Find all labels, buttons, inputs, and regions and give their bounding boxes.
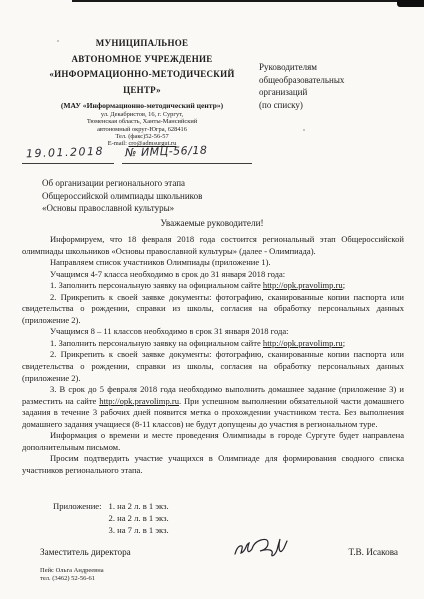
org-name-line: «ИНФОРМАЦИОННО-МЕТОДИЧЕСКИЙ	[16, 67, 268, 83]
subject-line: Общероссийской олимпиады школьников	[42, 190, 202, 203]
signature-row: Заместитель директора Т.В. Исакова	[40, 547, 398, 561]
handwritten-signature-icon	[232, 535, 294, 563]
attachments-list: 1. на 2 л. в 1 экз. 2. на 2 л. в 1 экз. …	[109, 500, 169, 536]
body-list-item: 1. Заполнить персональную заявку на офиц…	[22, 338, 404, 350]
executor-phone: тел. (3462) 52-56-61	[40, 575, 104, 583]
body-list-item: 1. Заполнить персональную заявку на офиц…	[22, 280, 404, 292]
body-list-item: 2. Прикрепить к своей заявке документы: …	[22, 292, 404, 327]
signer-name: Т.В. Исакова	[349, 547, 399, 557]
attachment-item: 1. на 2 л. в 1 экз.	[109, 500, 169, 512]
executor-block: Пейс Ольга Андреевна тел. (3462) 52-56-6…	[40, 567, 104, 583]
recipient-line: (по списку)	[259, 99, 344, 112]
subject-line: Об организации регионального этапа	[42, 177, 202, 190]
pravolimp-link[interactable]: http://opk.pravolimp.ru	[99, 396, 179, 406]
subject-line: «Основы православной культуры»	[42, 202, 202, 215]
scan-artifact-top-edge	[72, 0, 424, 2]
recipient-block: Руководителям общеобразовательных органи…	[259, 61, 344, 111]
date-underline	[22, 163, 114, 164]
attachments-label: Приложение:	[53, 500, 102, 536]
body-paragraph: Направляем список участников Олимпиады (…	[22, 257, 404, 269]
body-paragraph: Информация о времени и месте проведения …	[22, 430, 404, 453]
org-address-line: Тюменская область, Ханты-Мансийский	[16, 118, 268, 125]
org-name-line: МУНИЦИПАЛЬНОЕ	[16, 36, 268, 52]
org-address-line: автономный округ-Югра, 628416	[16, 126, 268, 133]
subject-block: Об организации регионального этапа Общер…	[42, 177, 202, 215]
number-underline	[122, 163, 252, 164]
reference-line: 19.01.2018 № ИМЦ-56/18	[22, 144, 262, 168]
org-name-line: АВТОНОМНОЕ УЧРЕЖДЕНИЕ	[16, 52, 268, 68]
org-short-name: (МАУ «Информационно-методический центр»)	[16, 101, 268, 110]
scan-artifact-corner-mark	[397, 0, 424, 7]
letter-body: Информируем, что 18 февраля 2018 года со…	[22, 234, 404, 476]
handwritten-outgoing-number: № ИМЦ-56/18	[125, 144, 208, 160]
letterhead-org-block: МУНИЦИПАЛЬНОЕ АВТОНОМНОЕ УЧРЕЖДЕНИЕ «ИНФ…	[16, 36, 268, 148]
salutation: Уважаемые руководители!	[0, 218, 424, 228]
scan-speck	[303, 129, 305, 131]
org-address-line: ул. Декабристов, 16, г. Сургут,	[16, 111, 268, 118]
body-paragraph: Учащимся 4-7 класса необходимо в срок до…	[22, 269, 404, 281]
signer-position: Заместитель директора	[40, 547, 131, 557]
recipient-line: организаций	[259, 86, 344, 99]
item-text: ;	[343, 338, 345, 348]
item-text: 1. Заполнить персональную заявку на офиц…	[50, 338, 263, 348]
handwritten-date: 19.01.2018	[26, 145, 104, 161]
body-list-item: 2. Прикрепить к своей заявке документы: …	[22, 349, 404, 384]
body-paragraph: Информируем, что 18 февраля 2018 года со…	[22, 234, 404, 257]
item-text: ;	[343, 280, 345, 290]
org-name-line: ЦЕНТР»	[16, 83, 268, 99]
recipient-line: Руководителям	[259, 61, 344, 74]
attachment-item: 2. на 2 л. в 1 экз.	[109, 512, 169, 524]
executor-name: Пейс Ольга Андреевна	[40, 567, 104, 575]
body-list-item: 3. В срок до 5 февраля 2018 года необход…	[22, 384, 404, 430]
body-paragraph: Учащимся 8 – 11 классов необходимо в сро…	[22, 326, 404, 338]
attachments-block: Приложение: 1. на 2 л. в 1 экз. 2. на 2 …	[53, 500, 169, 536]
item-text: 1. Заполнить персональную заявку на офиц…	[50, 280, 263, 290]
pravolimp-link[interactable]: http://opk.pravolimp.ru	[263, 280, 343, 290]
recipient-line: общеобразовательных	[259, 74, 344, 87]
body-paragraph: Просим подтвердить участие учащихся в Ол…	[22, 453, 404, 476]
scanned-letter-page: МУНИЦИПАЛЬНОЕ АВТОНОМНОЕ УЧРЕЖДЕНИЕ «ИНФ…	[0, 0, 424, 599]
pravolimp-link[interactable]: http://opk.pravolimp.ru	[263, 338, 343, 348]
org-phone-line: Тел. (факс)52-56-57	[16, 133, 268, 140]
attachment-item: 3. на 7 л. в 1 экз.	[109, 524, 169, 536]
